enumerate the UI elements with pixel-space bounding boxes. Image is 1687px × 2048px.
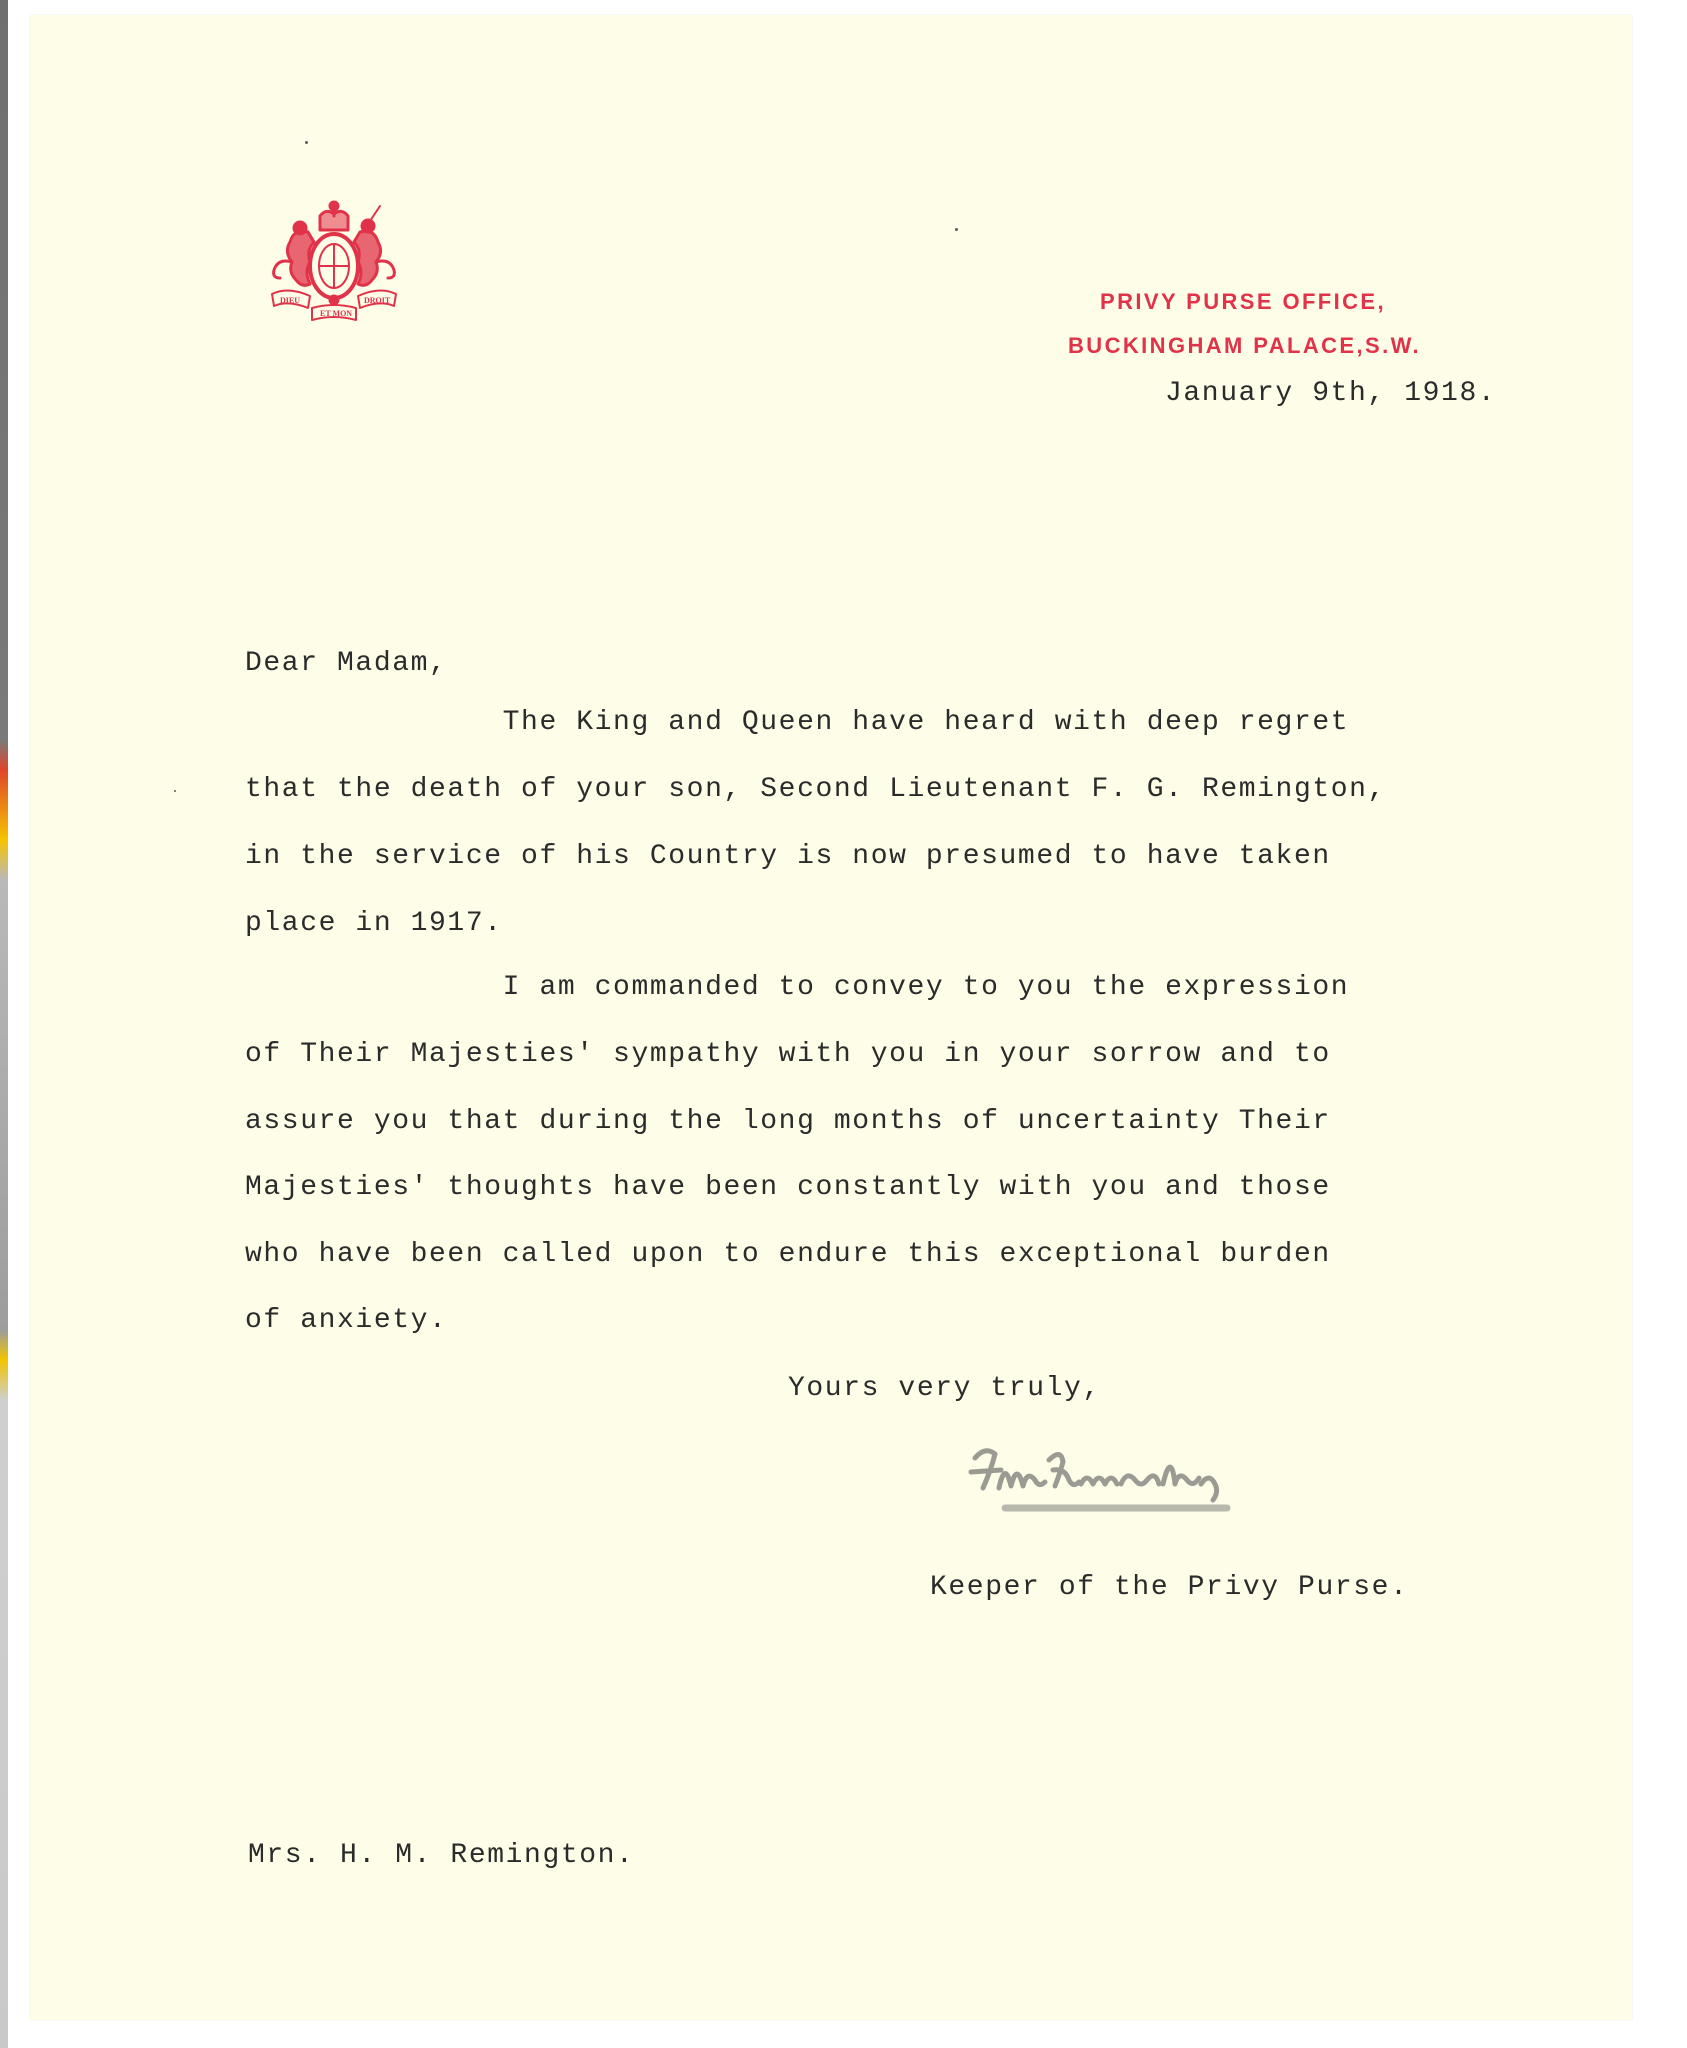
paper-speck [305,141,308,144]
body-line: that the death of your son, Second Lieut… [245,774,1386,805]
recipient-name: Mrs. H. M. Remington. [248,1840,634,1871]
body-line: who have been called upon to endure this… [245,1239,1331,1270]
body-line: Majesties' thoughts have been constantly… [245,1172,1331,1203]
letterhead-line-palace: BUCKINGHAM PALACE,S.W. [1068,324,1421,368]
body-line: in the service of his Country is now pre… [245,841,1331,872]
motto-center: ET MON [320,309,352,318]
salutation: Dear Madam, [245,648,447,679]
signatory-title: Keeper of the Privy Purse. [930,1572,1408,1603]
body-line: assure you that during the long months o… [245,1106,1331,1137]
body-line: of anxiety. [245,1305,447,1336]
body-line: The King and Queen have heard with deep … [245,707,1349,738]
closing: Yours very truly, [788,1373,1101,1404]
motto-left: DIEU [280,296,300,305]
body-line: place in 1917. [245,908,503,939]
letterhead-line-office: PRIVY PURSE OFFICE, [1068,280,1421,324]
body-line: of Their Majesties' sympathy with you in… [245,1039,1331,1070]
letter-date: January 9th, 1918. [1165,378,1496,409]
letterhead-address: PRIVY PURSE OFFICE, BUCKINGHAM PALACE,S.… [1068,280,1421,368]
paper-speck [955,228,958,231]
body-line: I am commanded to convey to you the expr… [245,972,1349,1003]
scanner-edge-strip [0,0,8,2048]
handwritten-signature-icon [965,1440,1265,1530]
royal-coat-of-arms-icon: DIEU ET MON DROIT [258,192,410,327]
paper-speck [174,790,176,792]
motto-right: DROIT [364,296,391,305]
